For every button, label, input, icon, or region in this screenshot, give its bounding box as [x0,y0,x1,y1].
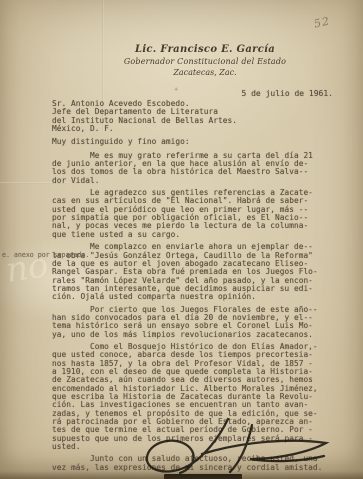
paragraph-3: Me complazco en enviarle ahora un ejempl… [52,243,344,301]
letterhead-place: Zacatecas, Zac. [105,68,305,77]
signature-flourish [132,416,338,478]
paragraph-4: Por cierto que los Juegos Florales de es… [52,306,344,339]
letterhead-title: Gobernador Constitucional del Estado [105,57,305,66]
paragraph-2: Le agradezco sus gentiles referencias a … [52,189,344,239]
paragraph-1: Me es muy grato referirme a su carta del… [52,152,344,185]
salutation: Muy distinguido y fino amigo: [52,138,344,146]
letterhead-name: Lic. Francisco E. García [105,44,305,55]
letter-page: no 52 Lic. Francisco E. García Gobernado… [0,0,363,479]
typed-margin-note: e. anexo por separado. [2,251,89,259]
date-line: 5 de julio de 1961. [241,89,333,98]
bottom-edge-shadow [0,471,363,479]
letterhead: Lic. Francisco E. García Gobernador Cons… [105,44,305,77]
recipient-block: Sr. Antonio Acevedo Escobedo. Jefe del D… [52,100,344,133]
letterhead-ornament-icon: ✳ [174,85,178,93]
pencil-page-number: 52 [313,14,331,30]
